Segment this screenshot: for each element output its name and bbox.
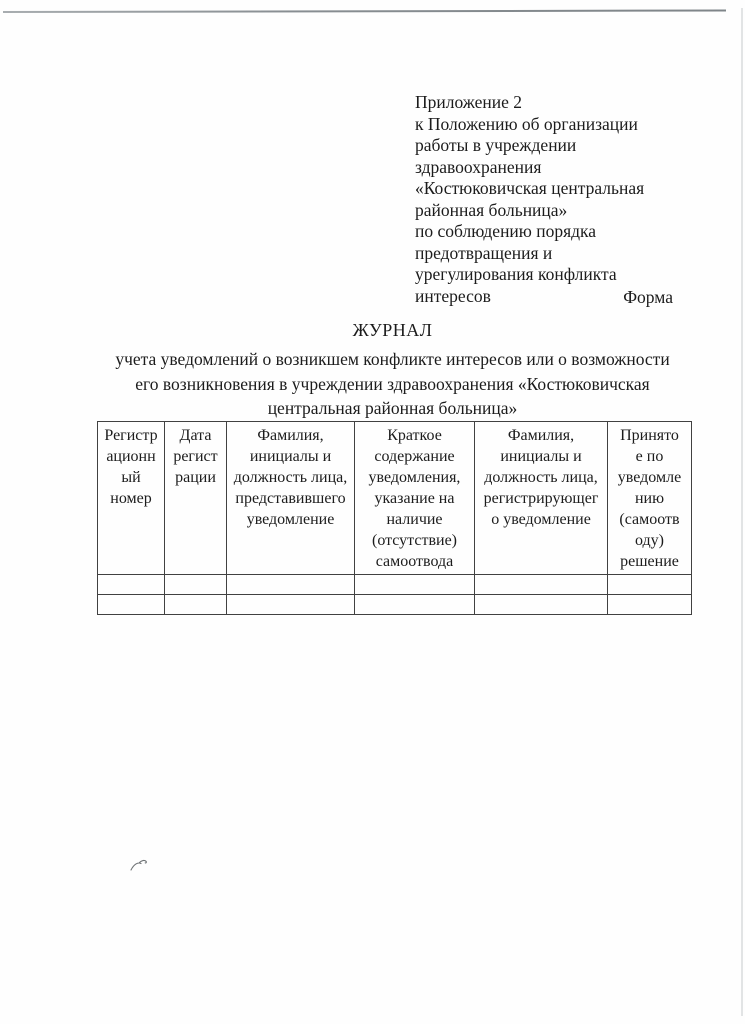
table-cell	[227, 595, 355, 615]
notifications-journal-table: Регистр ационн ый номер Дата регист раци…	[97, 421, 692, 615]
table-cell	[165, 575, 227, 595]
table-cell	[165, 595, 227, 615]
table-row	[98, 575, 692, 595]
table-row	[98, 595, 692, 615]
table-cell	[355, 575, 475, 595]
table-cell	[227, 575, 355, 595]
document-title-block: ЖУРНАЛ учета уведомлений о возникшем кон…	[50, 320, 735, 421]
scan-artifact-right-edge	[741, 8, 743, 1016]
table-cell	[98, 575, 165, 595]
column-header-summary: Краткое содержание уведомления, указание…	[355, 422, 475, 575]
column-header-decision: Принято е по уведомле нию (самоотв оду) …	[608, 422, 692, 575]
journal-subtitle: учета уведомлений о возникшем конфликте …	[50, 347, 735, 421]
table-cell	[98, 595, 165, 615]
appendix-reference-block: Приложение 2 к Положению об организации …	[415, 92, 695, 307]
table-cell	[608, 575, 692, 595]
scan-artifact-top-line	[3, 9, 726, 13]
column-header-submitter: Фамилия, инициалы и должность лица, пред…	[227, 422, 355, 575]
column-header-registration-number: Регистр ационн ый номер	[98, 422, 165, 575]
column-header-registration-date: Дата регист рации	[165, 422, 227, 575]
table-cell	[355, 595, 475, 615]
table-header-row: Регистр ационн ый номер Дата регист раци…	[98, 422, 692, 575]
form-label: Форма	[415, 287, 673, 308]
scanned-document-page: Приложение 2 к Положению об организации …	[0, 0, 745, 1024]
table-cell	[475, 595, 608, 615]
column-header-registrar: Фамилия, инициалы и должность лица, реги…	[475, 422, 608, 575]
journal-heading: ЖУРНАЛ	[50, 320, 735, 341]
table-cell	[475, 575, 608, 595]
pen-squiggle-mark	[126, 852, 152, 876]
table-cell	[608, 595, 692, 615]
